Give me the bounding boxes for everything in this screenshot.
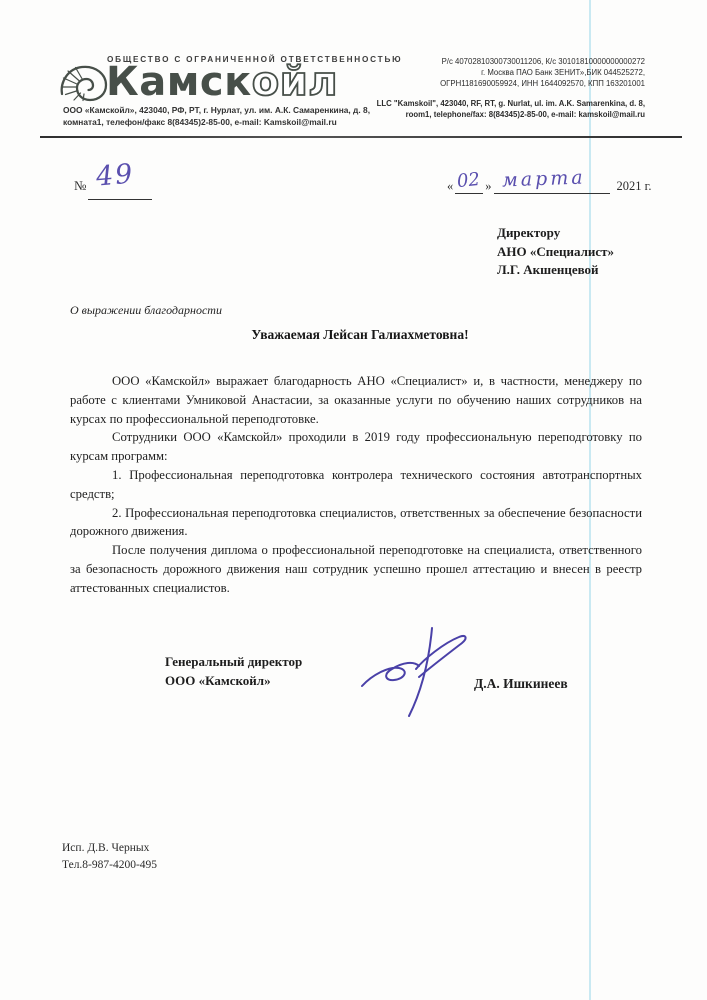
executor-name: Исп. Д.В. Черных — [62, 840, 157, 857]
body-paragraph: Сотрудники ООО «Камскойл» проходили в 20… — [70, 428, 642, 466]
letter-number-handwritten: 49 — [95, 158, 136, 192]
address-en-line: room1, telephone/fax: 8(84345)2-85-00, e… — [365, 109, 645, 120]
address-ru-line: комната1, телефон/факс 8(84345)2-85-00, … — [63, 116, 373, 128]
signer-name: Д.А. Ишкинеев — [474, 676, 568, 692]
executor-block: Исп. Д.В. Черных Тел.8-987-4200-495 — [62, 840, 157, 874]
date-day-handwritten: 02 — [456, 169, 481, 192]
date-month-handwritten: марта — [501, 167, 585, 192]
letterhead-divider — [40, 136, 682, 138]
bank-and-english-details: Р/с 40702810300730011206, К/с 3010181000… — [365, 56, 645, 120]
recipient-name: Л.Г. Акшенцевой — [497, 261, 614, 280]
signer-company: ООО «Камскойл» — [165, 671, 302, 690]
executor-phone: Тел.8-987-4200-495 — [62, 857, 157, 874]
letter-subject: О выражении благодарности — [70, 303, 222, 318]
brand-solid-part: Камск — [106, 59, 252, 105]
company-address-russian: ООО «Камскойл», 423040, РФ, РТ, г. Нурла… — [63, 104, 373, 128]
recipient-position: Директору — [497, 224, 614, 243]
handwritten-signature-icon — [358, 622, 476, 720]
recipient-organization: АНО «Специалист» — [497, 243, 614, 262]
body-paragraph: ООО «Камскойл» выражает благодарность АН… — [70, 372, 642, 428]
letter-number-label: № — [74, 178, 86, 194]
bank-details-line: Р/с 40702810300730011206, К/с 3010181000… — [365, 56, 645, 67]
brand-outline-part: ойл — [252, 59, 338, 105]
address-ru-line: ООО «Камскойл», 423040, РФ, РТ, г. Нурла… — [63, 104, 373, 116]
address-en-line: LLC "Kamskoil", 423040, RF, RT, g. Nurla… — [365, 98, 645, 109]
letter-body: ООО «Камскойл» выражает благодарность АН… — [70, 372, 642, 598]
nautilus-shell-icon — [59, 63, 109, 103]
body-paragraph: После получения диплома о профессиональн… — [70, 541, 642, 597]
date-month-blank: марта — [494, 176, 610, 194]
date-quote-close: » — [483, 179, 493, 193]
signer-position: Генеральный директор — [165, 652, 302, 671]
company-logo-wordmark: Камскойл — [106, 62, 338, 102]
salutation-line: Уважаемая Лейсан Галиахметовна! — [70, 327, 650, 343]
body-list-item: 1. Профессиональная переподготовка контр… — [70, 466, 642, 504]
letter-number-underline — [88, 199, 152, 200]
bank-details-line: ОГРН1181690059924, ИНН 1644092570, КПП 1… — [365, 78, 645, 89]
letter-date: «02»марта2021 г. — [445, 176, 651, 194]
scanned-letter-page: ОБЩЕСТВО С ОГРАНИЧЕННОЙ ОТВЕТСТВЕННОСТЬЮ… — [0, 0, 707, 1000]
body-list-item: 2. Профессиональная переподготовка специ… — [70, 504, 642, 542]
date-day-blank: 02 — [455, 176, 483, 194]
date-year: 2021 г. — [617, 179, 652, 193]
bank-details-line: г. Москва ПАО Банк ЗЕНИТ»,БИК 044525272, — [365, 67, 645, 78]
recipient-block: Директору АНО «Специалист» Л.Г. Акшенцев… — [497, 224, 614, 280]
signer-title-block: Генеральный директор ООО «Камскойл» — [165, 652, 302, 690]
date-quote-open: « — [445, 179, 455, 193]
